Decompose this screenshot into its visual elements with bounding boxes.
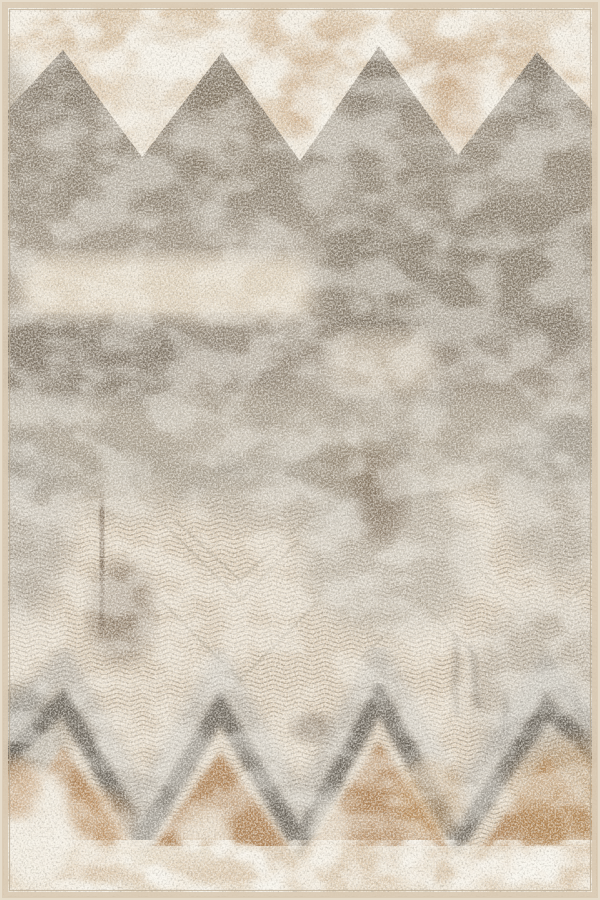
rug-product-photo: [0, 0, 600, 900]
texture-noise-overlay: [0, 0, 600, 900]
screenshot-canvas: [0, 0, 600, 900]
rug-image: [0, 0, 600, 900]
